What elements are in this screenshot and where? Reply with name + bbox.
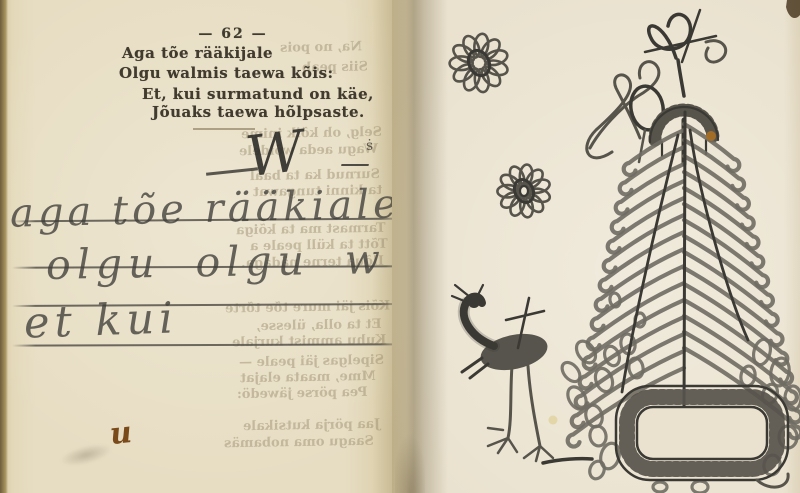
left-page: Na, no pois Siis peab Selg, oh kõik inim… — [0, 0, 392, 493]
show-through-fragment: Pea pörse jäwedö: — [237, 385, 368, 402]
pencil-smudge — [46, 433, 126, 477]
verse-line-3: Et, kui surmatund on käe, — [142, 85, 374, 103]
handwriting-flourish-mark: ṡ — [366, 138, 373, 154]
page-number: — 62 — — [188, 26, 278, 42]
show-through-fragment: Et ta olla, ülesse, — [256, 317, 382, 334]
open-book-photo: Na, no pois Siis peab Selg, oh kõik inim… — [0, 0, 800, 493]
handwriting-flourish: W — [242, 119, 307, 191]
book-edge — [0, 0, 8, 493]
handwriting-line-1: aga tõe rääkiale — [9, 181, 401, 237]
show-through-fragment: Kõis jäi mure tõe tõrte — [225, 299, 390, 317]
handwriting-line-3: et kui — [23, 293, 179, 348]
verse-line-1: Aga tõe rääkijale — [122, 44, 273, 62]
show-through-fragment: Kuhu ammist kurjale — [232, 333, 387, 351]
handwriting-line-2: olgu olgu w — [46, 235, 387, 289]
verse-line-2: Olgu walmis taewa kõis: — [119, 64, 334, 82]
show-through-fragment: Mme, maata elajat — [240, 369, 376, 386]
show-through-fragment: Na, no pois — [280, 39, 362, 55]
show-through-fragment: Sipelgas jäi peale — — [239, 353, 384, 371]
right-page — [392, 0, 800, 493]
verse-line-4: Jõuaks taewa hõlpsaste. — [152, 103, 365, 121]
show-through-fragment: Jaa pörja kutsikale — [243, 417, 380, 434]
show-through-fragment: Saagu oma nobamäs — [224, 434, 374, 452]
